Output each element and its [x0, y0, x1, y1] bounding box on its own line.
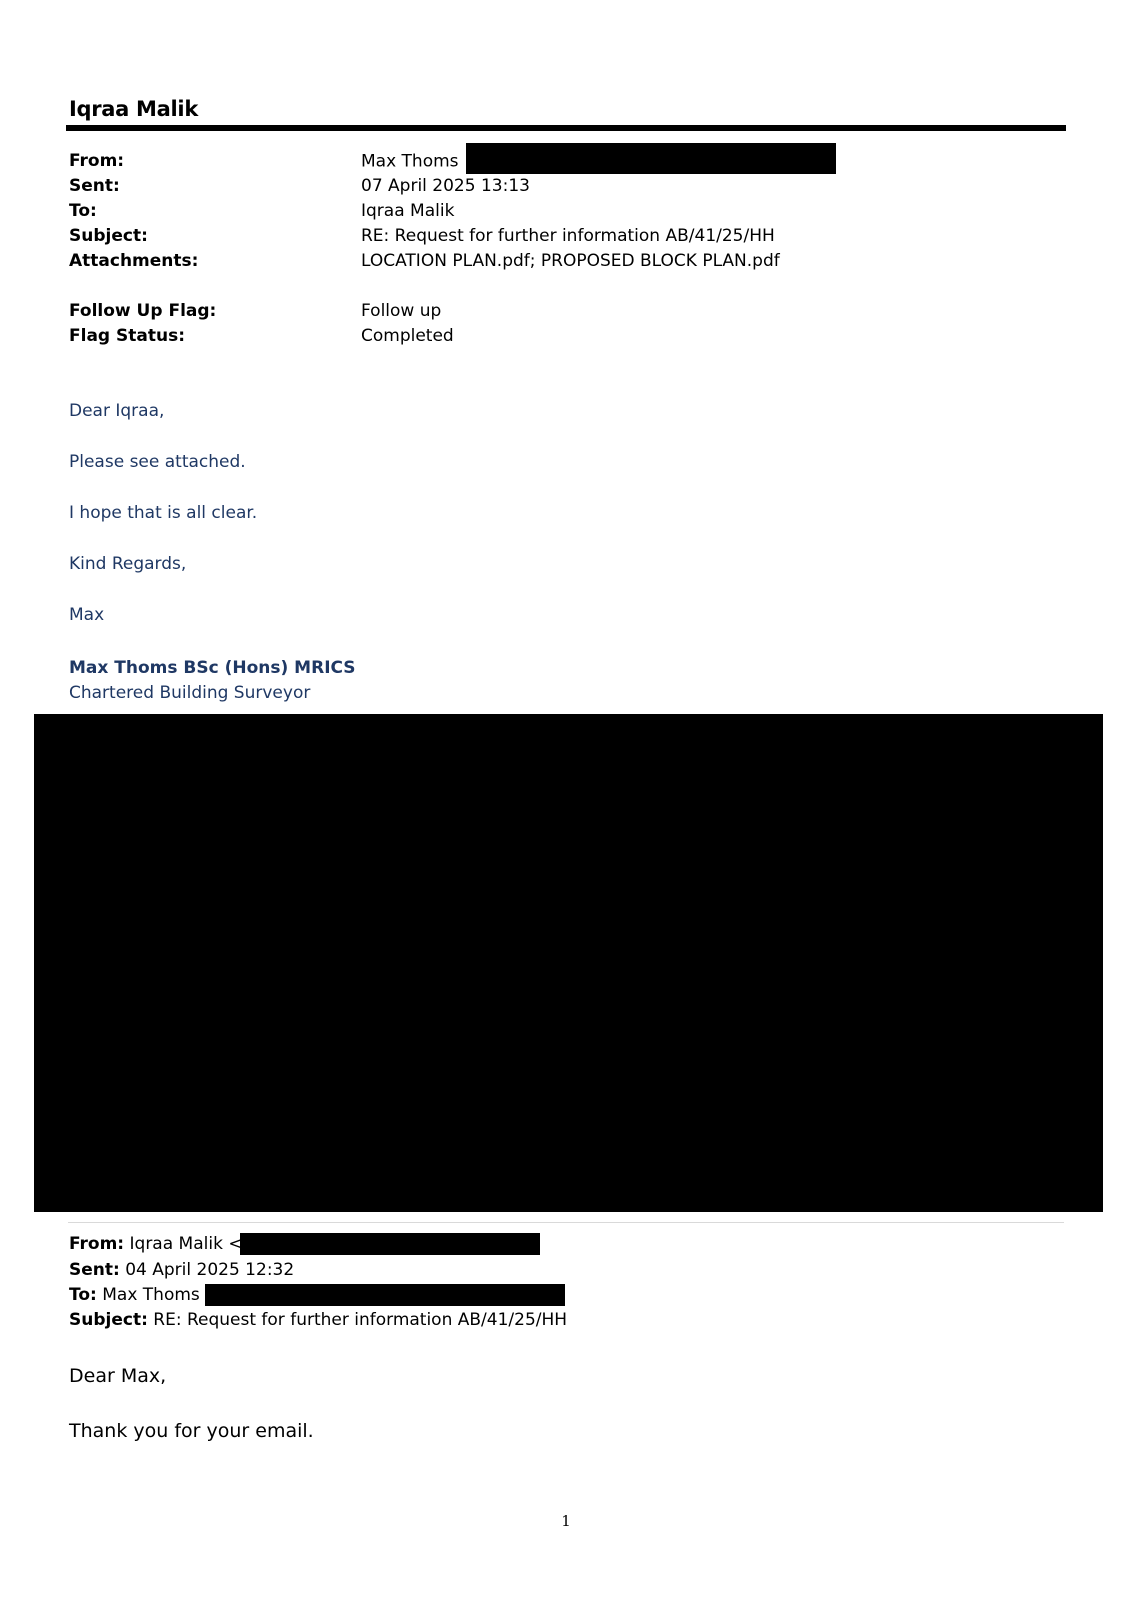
flag-status-value: Completed [361, 324, 454, 349]
to-label: To: [69, 199, 97, 224]
body-greeting: Dear Iqraa, [69, 399, 164, 424]
quoted-to: To: Max Thoms [69, 1283, 565, 1308]
quoted-from-label: From: [69, 1234, 124, 1254]
quoted-to-label: To: [69, 1285, 97, 1305]
quoted-sent-value: 04 April 2025 12:32 [125, 1260, 294, 1280]
redaction-block-signature [34, 714, 1103, 1212]
flag-status-label: Flag Status: [69, 324, 185, 349]
from-label: From: [69, 149, 124, 174]
body-line-2: I hope that is all clear. [69, 501, 257, 526]
body-line-1: Please see attached. [69, 450, 246, 475]
quoted-subject-label: Subject: [69, 1310, 148, 1330]
sent-label: Sent: [69, 174, 120, 199]
signature-title: Chartered Building Surveyor [69, 681, 310, 706]
subject-value: RE: Request for further information AB/4… [361, 224, 775, 249]
quoted-divider [68, 1222, 1064, 1223]
body-closing: Kind Regards, [69, 552, 186, 577]
document-title: Iqraa Malik [69, 97, 198, 121]
quoted-subject-value: RE: Request for further information AB/4… [153, 1310, 567, 1330]
attachments-label: Attachments: [69, 249, 198, 274]
redaction-block [466, 143, 836, 174]
redaction-block [240, 1233, 540, 1255]
follow-up-flag-value: Follow up [361, 299, 441, 324]
quoted-from: From: Iqraa Malik < [69, 1232, 540, 1257]
quoted-sent-label: Sent: [69, 1260, 120, 1280]
title-rule [66, 125, 1066, 131]
sent-value: 07 April 2025 13:13 [361, 174, 530, 199]
from-name: Max Thoms [361, 152, 459, 172]
from-value: Max Thoms [361, 149, 836, 175]
attachments-value[interactable]: LOCATION PLAN.pdf; PROPOSED BLOCK PLAN.p… [361, 249, 780, 274]
signature-name: Max Thoms BSc (Hons) MRICS [69, 656, 356, 681]
quoted-sent: Sent: 04 April 2025 12:32 [69, 1258, 294, 1283]
redaction-block [205, 1284, 565, 1306]
quoted-line-1: Thank you for your email. [69, 1418, 314, 1444]
page-number: 1 [0, 1512, 1132, 1530]
follow-up-flag-label: Follow Up Flag: [69, 299, 216, 324]
quoted-to-value: Max Thoms [102, 1285, 200, 1305]
subject-label: Subject: [69, 224, 148, 249]
quoted-from-value: Iqraa Malik < [130, 1234, 243, 1254]
to-value: Iqraa Malik [361, 199, 454, 224]
quoted-subject: Subject: RE: Request for further informa… [69, 1308, 567, 1333]
quoted-greeting: Dear Max, [69, 1363, 166, 1389]
body-sign-off: Max [69, 603, 104, 628]
